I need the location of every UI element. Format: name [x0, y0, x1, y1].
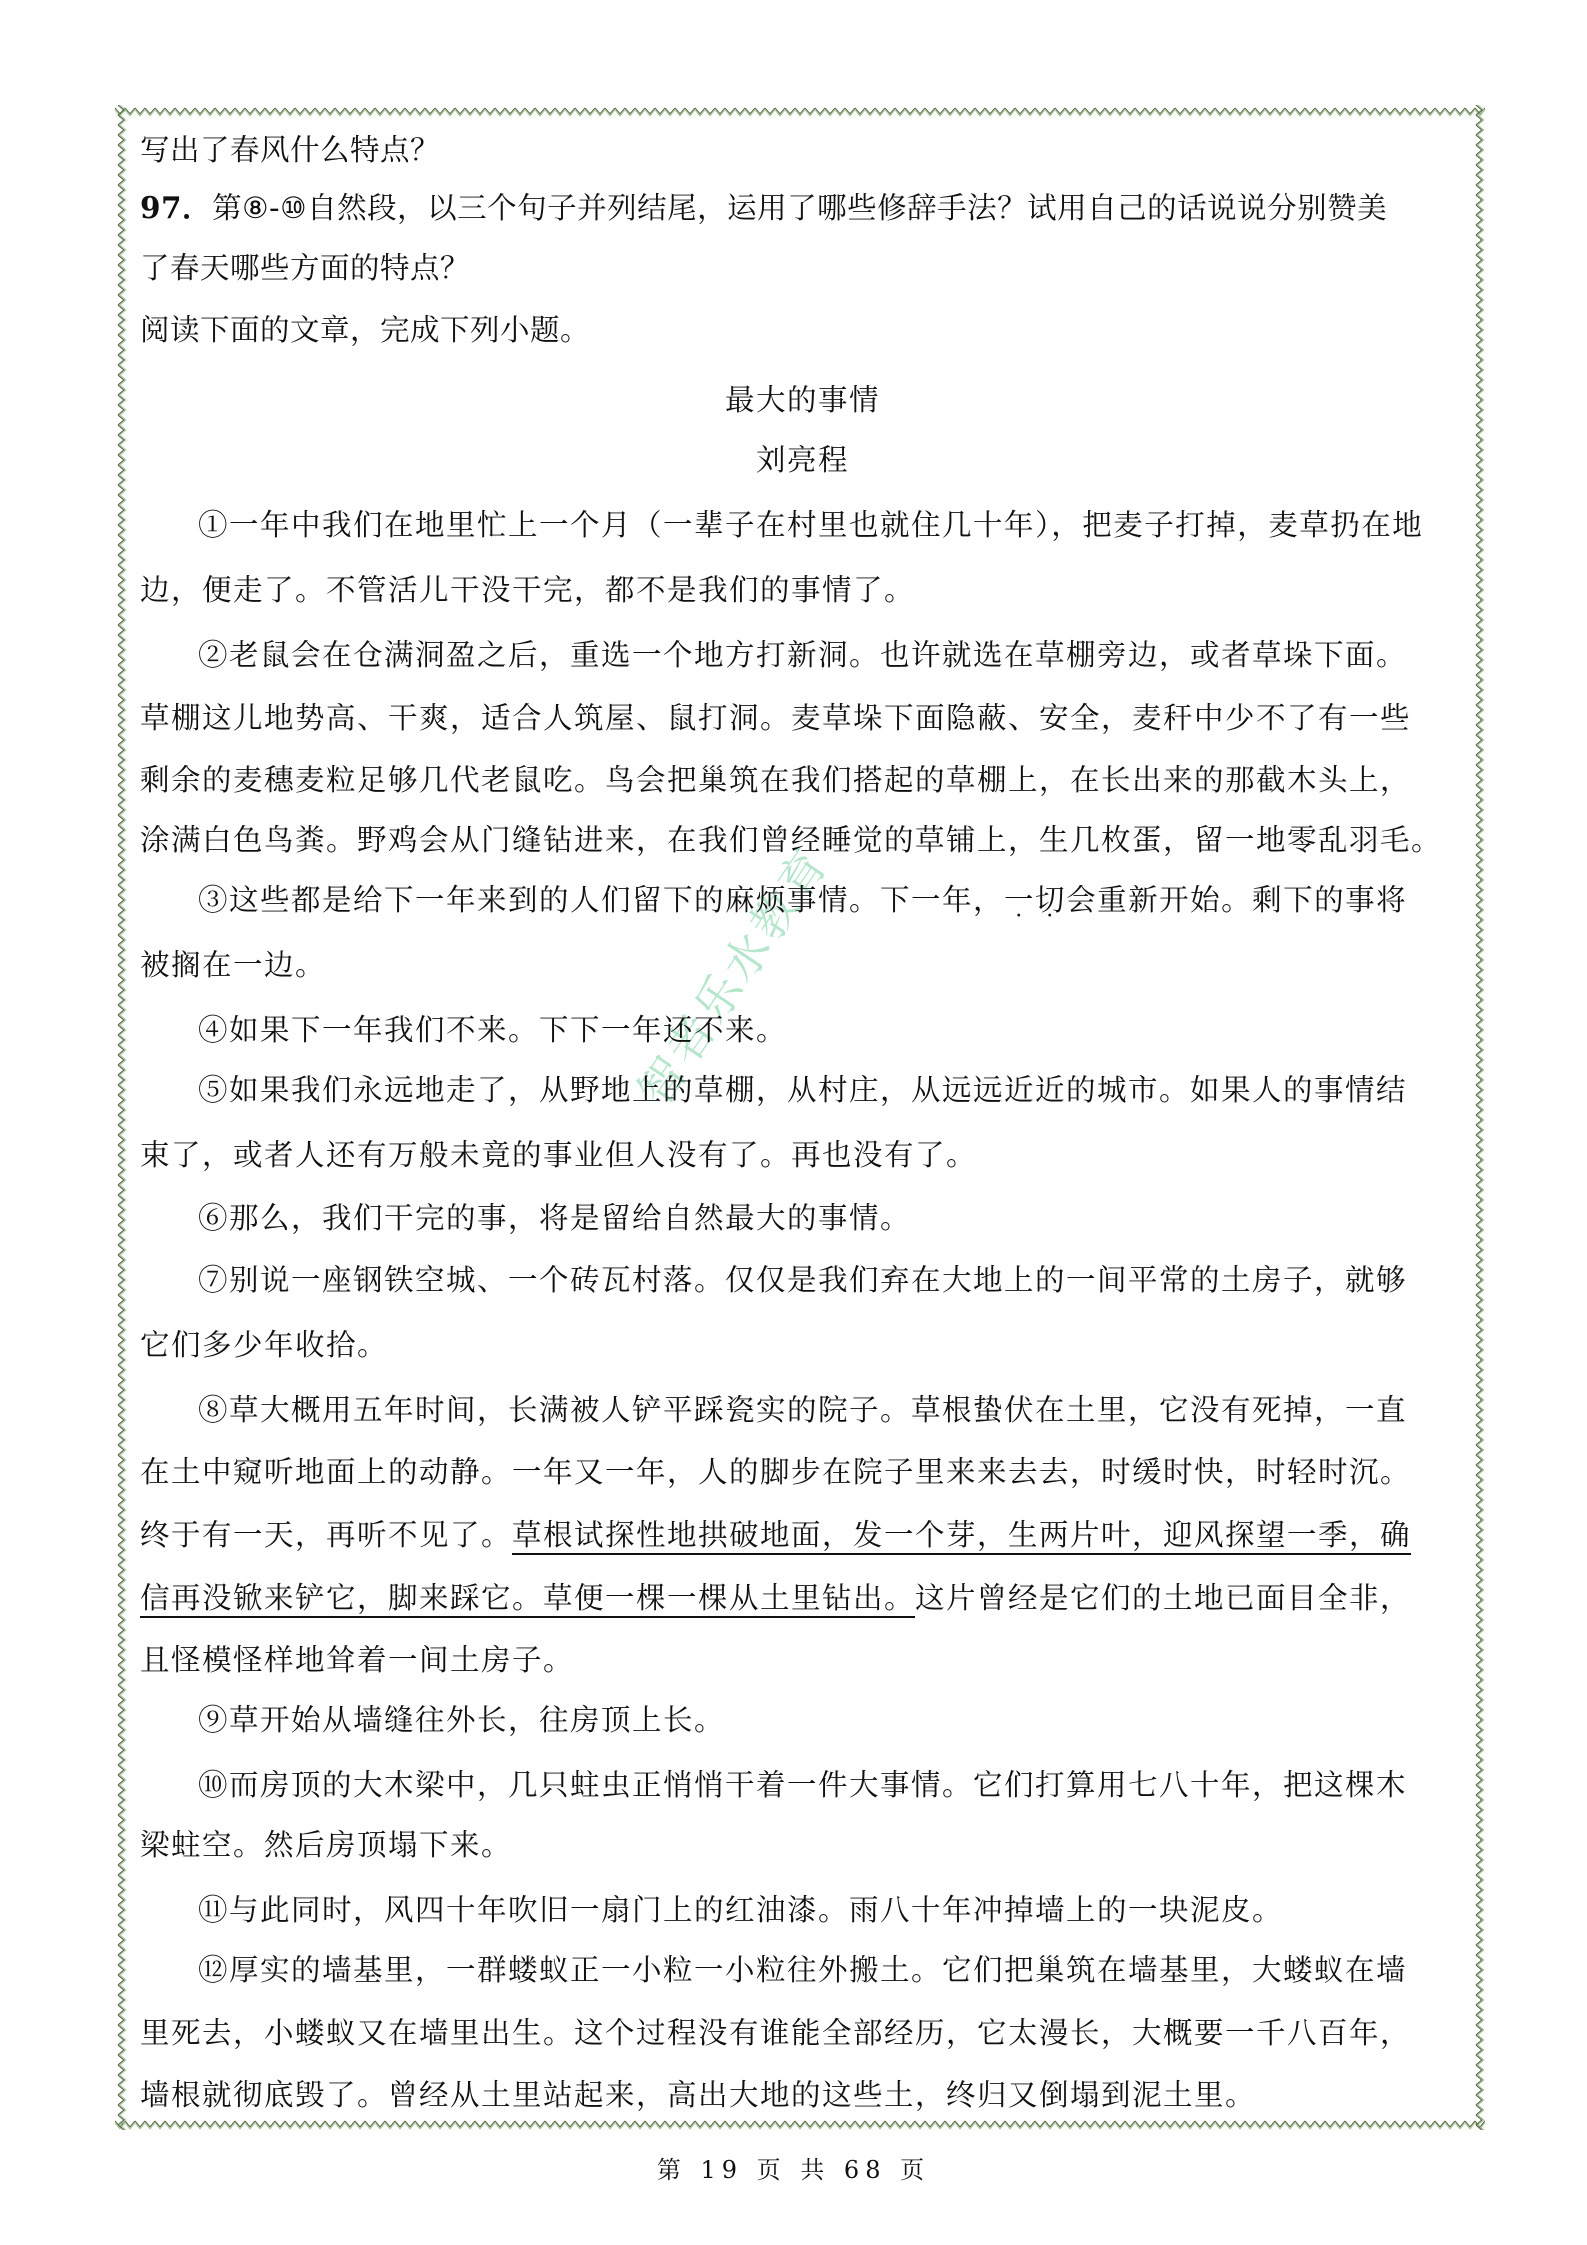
paragraph-number: ⑨ [198, 1703, 229, 1737]
paragraph-1-line1: ①一年中我们在地里忙上一个月（一辈子在村里也就住几十年），把麦子打掉，麦草扔在地 [198, 505, 1423, 545]
paragraph-2-line4: 涂满白色鸟粪。野鸡会从门缝钻进来，在我们曾经睡觉的草铺上，生几枚蛋，留一地零乱羽… [140, 820, 1442, 860]
paragraph-12-line2: 里死去，小蝼蚁又在墙里出生。这个过程没有谁能全部经历，它太漫长，大概要一千八百年… [140, 2013, 1411, 2053]
article-author: 刘亮程 [140, 440, 1465, 480]
paragraph-2-line2: 草棚这儿地势高、干爽，适合人筑屋、鼠打洞。麦草垛下面隐蔽、安全，麦秆中少不了有一… [140, 698, 1411, 738]
emphasized-text: 一切 [1004, 883, 1066, 917]
question-97-line2: 了春天哪些方面的特点？ [140, 248, 470, 288]
paragraph-9-line1: ⑨草开始从墙缝往外长，往房顶上长。 [198, 1700, 725, 1740]
paragraph-text: 那么，我们干完的事，将是留给自然最大的事情。 [229, 1201, 911, 1235]
paragraph-number: ⑩ [198, 1768, 229, 1802]
paragraph-7-line1: ⑦别说一座钢铁空城、一个砖瓦村落。仅仅是我们弃在大地上的一间平常的土房子，就够 [198, 1260, 1407, 1300]
paragraph-3-line1: ③这些都是给下一年来到的人们留下的麻烦事情。下一年，一切会重新开始。剩下的事将 [198, 880, 1407, 920]
paragraph-number: ④ [198, 1013, 229, 1047]
paragraph-number: ⑤ [198, 1073, 229, 1107]
prev-question-tail: 写出了春风什么特点？ [140, 130, 440, 170]
paragraph-12-line3: 墙根就彻底毁了。曾经从土里站起来，高出大地的这些土，终归又倒塌到泥土里。 [140, 2075, 1256, 2115]
paragraph-text: 草开始从墙缝往外长，往房顶上长。 [229, 1703, 725, 1737]
paragraph-5-line2: 束了，或者人还有万般未竟的事业但人没有了。再也没有了。 [140, 1135, 977, 1175]
paragraph-number: ① [198, 508, 229, 542]
emphasis-dot-char: 切 [1035, 883, 1066, 917]
paragraph-2-line3: 剩余的麦穗麦粒足够几代老鼠吃。鸟会把巢筑在我们搭起的草棚上，在长出来的那截木头上… [140, 760, 1411, 800]
paragraph-number: ⑥ [198, 1201, 229, 1235]
paragraph-text: 如果我们永远地走了，从野地上的草棚，从村庄，从远远近近的城市。如果人的事情结 [229, 1073, 1407, 1107]
paragraph-8-line5: 且怪模怪样地耸着一间土房子。 [140, 1640, 574, 1680]
paragraph-text: 会重新开始。剩下的事将 [1066, 883, 1407, 917]
paragraph-text: 别说一座钢铁空城、一个砖瓦村落。仅仅是我们弃在大地上的一间平常的土房子，就够 [229, 1263, 1407, 1297]
paragraph-8-line2: 在土中窥听地面上的动静。一年又一年，人的脚步在院子里来来去去，时缓时快，时轻时沉… [140, 1452, 1411, 1492]
zigzag-border-right [1473, 105, 1485, 2130]
paragraph-text: 与此同时，风四十年吹旧一扇门上的红油漆。雨八十年冲掉墙上的一块泥皮。 [229, 1893, 1283, 1927]
page-footer: 第 19 页 共 68 页 [0, 2150, 1587, 2185]
paragraph-number: ⑦ [198, 1263, 229, 1297]
paragraph-10-line2: 梁蛀空。然后房顶塌下来。 [140, 1825, 512, 1865]
paragraph-number: ⑧ [198, 1393, 229, 1427]
emphasis-dot-char: 一 [1004, 883, 1035, 917]
underlined-sentence: 信再没锨来铲它，脚来踩它。草便一棵一棵从土里钻出。 [140, 1581, 915, 1615]
paragraph-text: 厚实的墙基里，一群蝼蚁正一小粒一小粒往外搬土。它们把巢筑在墙基里，大蝼蚁在墙 [229, 1953, 1407, 1987]
paragraph-number: ② [198, 638, 229, 672]
paragraph-8-line3: 终于有一天，再听不见了。草根试探性地拱破地面，发一个芽，生两片叶，迎风探望一季，… [140, 1515, 1411, 1555]
paragraph-4-line1: ④如果下一年我们不来。下下一年还不来。 [198, 1010, 787, 1050]
paragraph-3-line2: 被搁在一边。 [140, 945, 326, 985]
paragraph-2-line1: ②老鼠会在仓满洞盈之后，重选一个地方打新洞。也许就选在草棚旁边，或者草垛下面。 [198, 635, 1407, 675]
paragraph-text: 草大概用五年时间，长满被人铲平踩瓷实的院子。草根蛰伏在土里，它没有死掉，一直 [229, 1393, 1407, 1427]
paragraph-text: 一年中我们在地里忙上一个月（一辈子在村里也就住几十年），把麦子打掉，麦草扔在地 [229, 508, 1423, 542]
zigzag-border-bottom [115, 2118, 1485, 2130]
paragraph-10-line1: ⑩而房顶的大木梁中，几只蛀虫正悄悄干着一件大事情。它们打算用七八十年，把这棵木 [198, 1765, 1407, 1805]
paragraph-text: 这片曾经是它们的土地已面目全非， [915, 1581, 1411, 1615]
paragraph-8-line1: ⑧草大概用五年时间，长满被人铲平踩瓷实的院子。草根蛰伏在土里，它没有死掉，一直 [198, 1390, 1407, 1430]
paragraph-12-line1: ⑫厚实的墙基里，一群蝼蚁正一小粒一小粒往外搬土。它们把巢筑在墙基里，大蝼蚁在墙 [198, 1950, 1407, 1990]
paragraph-7-line2: 它们多少年收拾。 [140, 1325, 388, 1365]
question-97-text: 第⑧-⑩自然段，以三个句子并列结尾，运用了哪些修辞手法？试用自己的话说说分别赞美 [212, 191, 1387, 225]
paragraph-text: 终于有一天，再听不见了。 [140, 1518, 512, 1552]
paragraph-text: 如果下一年我们不来。下下一年还不来。 [229, 1013, 787, 1047]
paragraph-8-line4: 信再没锨来铲它，脚来踩它。草便一棵一棵从土里钻出。这片曾经是它们的土地已面目全非… [140, 1578, 1411, 1618]
zigzag-border-left [115, 105, 127, 2130]
paragraph-number: ③ [198, 883, 229, 917]
paragraph-text: 而房顶的大木梁中，几只蛀虫正悄悄干着一件大事情。它们打算用七八十年，把这棵木 [229, 1768, 1407, 1802]
question-number: 97． [140, 190, 212, 225]
question-97-line1: 97．第⑧-⑩自然段，以三个句子并列结尾，运用了哪些修辞手法？试用自己的话说说分… [140, 188, 1387, 228]
paragraph-1-line2: 边，便走了。不管活儿干没干完，都不是我们的事情了。 [140, 570, 915, 610]
reading-instruction: 阅读下面的文章，完成下列小题。 [140, 310, 590, 350]
zigzag-border-top [115, 105, 1485, 117]
paragraph-5-line1: ⑤如果我们永远地走了，从野地上的草棚，从村庄，从远远近近的城市。如果人的事情结 [198, 1070, 1407, 1110]
article-title: 最大的事情 [140, 380, 1465, 420]
paragraph-number: ⑪ [198, 1893, 229, 1927]
paragraph-text: 老鼠会在仓满洞盈之后，重选一个地方打新洞。也许就选在草棚旁边，或者草垛下面。 [229, 638, 1407, 672]
underlined-sentence: 草根试探性地拱破地面，发一个芽，生两片叶，迎风探望一季，确 [512, 1518, 1411, 1552]
paragraph-text: 这些都是给下一年来到的人们留下的麻烦事情。下一年， [229, 883, 1004, 917]
paragraph-number: ⑫ [198, 1953, 229, 1987]
paragraph-11-line1: ⑪与此同时，风四十年吹旧一扇门上的红油漆。雨八十年冲掉墙上的一块泥皮。 [198, 1890, 1283, 1930]
paragraph-6-line1: ⑥那么，我们干完的事，将是留给自然最大的事情。 [198, 1198, 911, 1238]
